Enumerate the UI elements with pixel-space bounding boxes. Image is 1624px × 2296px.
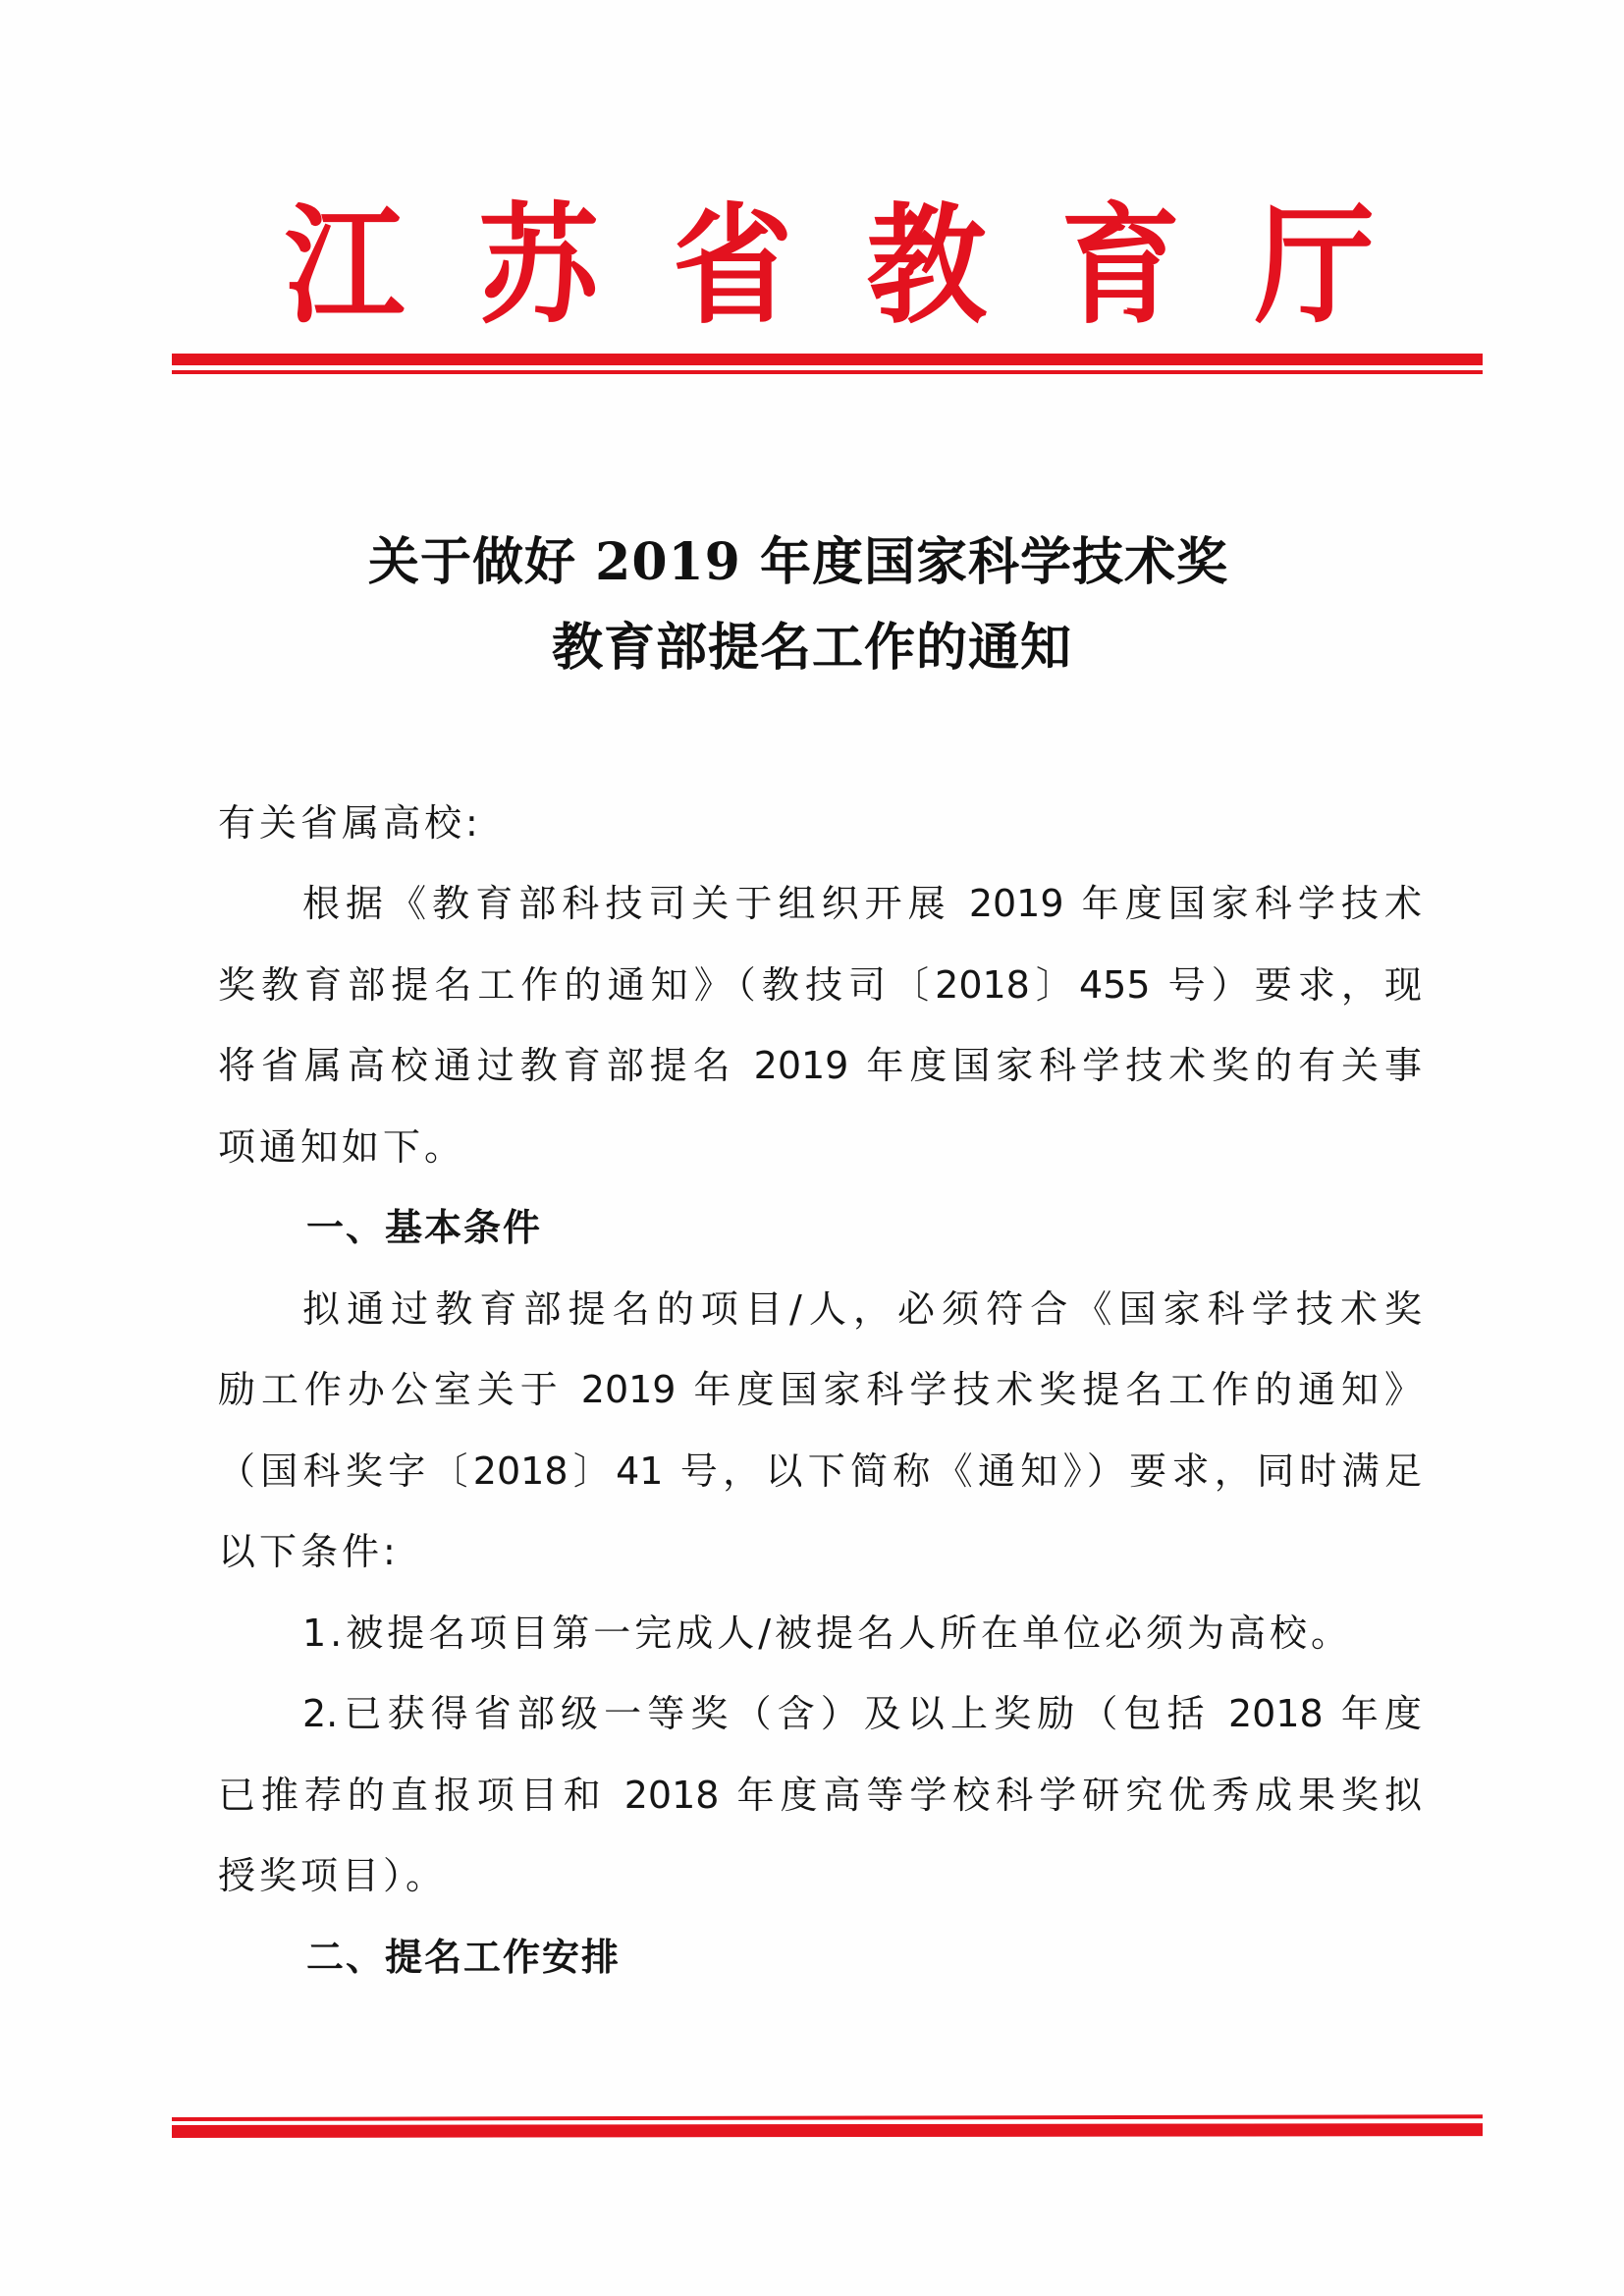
document-page: 江 苏 省 教 育 厅 关于做好 2019 年度国家科学技术奖 教育部提名工作的… bbox=[0, 0, 1624, 2296]
paragraph-line: 将省属高校通过教育部提名 2019 年度国家科学技术奖的有关事 bbox=[218, 1043, 1422, 1088]
condition-1: 1.被提名项目第一完成人/被提名人所在单位必须为高校。 bbox=[302, 1611, 1422, 1656]
salutation: 有关省属高校: bbox=[218, 800, 1422, 846]
condition-2-line: 2.已获得省部级一等奖（含）及以上奖励（包括 2018 年度 bbox=[302, 1691, 1422, 1736]
section-heading-1: 一、基本条件 bbox=[306, 1205, 1426, 1250]
document-title-line-1: 关于做好 2019 年度国家科学技术奖 bbox=[0, 533, 1610, 592]
condition-2-line: 已推荐的直报项目和 2018 年度高等学校科学研究优秀成果奖拟 bbox=[218, 1773, 1422, 1818]
paragraph-line: 奖教育部提名工作的通知》（教技司〔2018〕455 号）要求，现 bbox=[218, 962, 1422, 1008]
section-1-line: （国科奖字〔2018〕41 号，以下简称《通知》）要求，同时满足 bbox=[218, 1449, 1422, 1494]
footer-rule-thick bbox=[172, 2123, 1483, 2138]
section-heading-2: 二、提名工作安排 bbox=[306, 1935, 1426, 1980]
masthead-char: 苏 bbox=[479, 187, 599, 346]
masthead-char: 育 bbox=[1060, 187, 1180, 346]
footer-rule-thin bbox=[172, 2114, 1483, 2121]
masthead-char: 教 bbox=[867, 187, 987, 346]
masthead-char: 江 bbox=[285, 187, 405, 346]
section-1-line: 励工作办公室关于 2019 年度国家科学技术奖提名工作的通知》 bbox=[218, 1367, 1422, 1412]
masthead-char: 厅 bbox=[1255, 187, 1375, 346]
condition-2-line: 授奖项目）。 bbox=[218, 1853, 1422, 1898]
section-1-line: 以下条件: bbox=[218, 1529, 1422, 1574]
header-rule-thin bbox=[172, 370, 1483, 374]
section-1-line: 拟通过教育部提名的项目/人，必须符合《国家科学技术奖 bbox=[302, 1286, 1422, 1332]
document-title-line-2: 教育部提名工作的通知 bbox=[0, 619, 1624, 678]
masthead-title: 江 苏 省 教 育 厅 bbox=[285, 192, 1375, 340]
paragraph-line: 项通知如下。 bbox=[218, 1124, 1422, 1170]
paragraph-line: 根据《教育部科技司关于组织开展 2019 年度国家科学技术 bbox=[302, 881, 1422, 926]
header-rule-thick bbox=[172, 354, 1483, 365]
masthead-char: 省 bbox=[673, 187, 792, 346]
